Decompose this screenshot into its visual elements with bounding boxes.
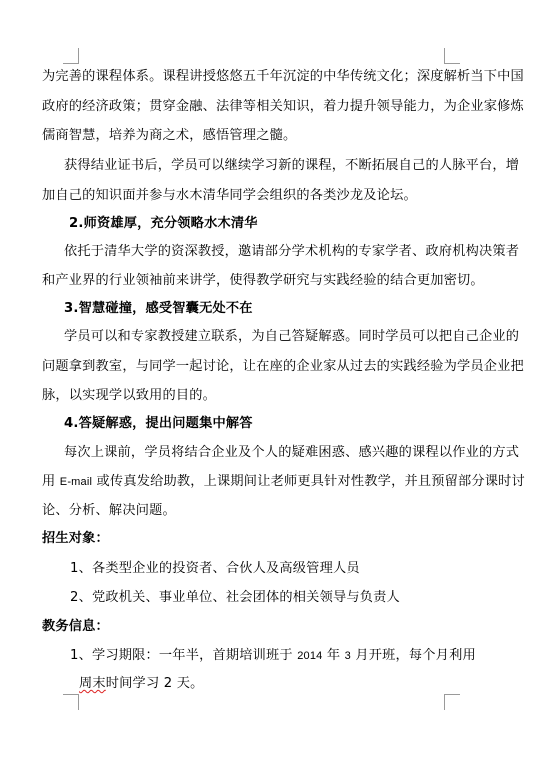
- list-item-continuation: 周末时间学习 2 天。: [79, 674, 203, 694]
- crop-mark-bottom-right: [444, 694, 460, 710]
- paragraph-line: 脉，以实现学以致用的目的。: [42, 386, 216, 406]
- text-run: 1、学习期限：一年半，首期培训班于: [70, 648, 297, 663]
- paragraph-line: 学员可以和专家教授建立联系，为自己答疑解惑。同时学员可以把自己企业的: [64, 327, 519, 347]
- list-item: 1、学习期限：一年半，首期培训班于 2014 年 3 月开班，每个月利用: [70, 646, 476, 666]
- paragraph-line: 加自己的知识面并参与水木清华同学会组织的各类沙龙及论坛。: [42, 186, 417, 206]
- list-item: 1、各类型企业的投资者、合伙人及高级管理人员: [70, 559, 360, 579]
- text-run: 月开班，每个月利用: [351, 648, 476, 663]
- text-run: 用: [42, 474, 60, 489]
- spellcheck-flagged-word[interactable]: 周末: [79, 676, 106, 691]
- section-title-academic: 教务信息：: [42, 617, 109, 637]
- section-heading: 2.师资雄厚，充分领略水木清华: [69, 214, 258, 234]
- email-term: E-mail: [60, 476, 92, 488]
- text-run: 年: [322, 648, 344, 663]
- paragraph-line: 儒商智慧，培养为商之术，感悟管理之髓。: [42, 126, 296, 146]
- section-heading: 3.智慧碰撞，感受智囊无处不在: [64, 299, 253, 319]
- paragraph-line: 为完善的课程体系。课程讲授悠悠五千年沉淀的中华传统文化；深度解析当下中国: [42, 67, 524, 87]
- crop-mark-top-left: [63, 48, 79, 64]
- paragraph-line: 论、分析、解决问题。: [42, 501, 176, 521]
- list-item: 2、党政机关、事业单位、社会团体的相关领导与负责人: [70, 588, 400, 608]
- paragraph-line: 问题拿到教室，与同学一起讨论，让在座的企业家从过去的实践经验为学员企业把: [42, 357, 524, 377]
- section-title-enrollment: 招生对象：: [42, 529, 109, 549]
- crop-mark-top-right: [444, 48, 460, 64]
- section-heading: 4.答疑解惑，提出问题集中解答: [64, 414, 253, 434]
- crop-mark-bottom-left: [63, 694, 79, 710]
- paragraph-line: 每次上课前，学员将结合企业及个人的疑难困惑、感兴趣的课程以作业的方式: [64, 443, 519, 463]
- text-run: 或传真发给助教，上课期间让老师更具针对性教学，并且预留部分课时讨: [92, 474, 525, 489]
- paragraph-line: 依托于清华大学的资深教授，邀请部分学术机构的专家学者、政府机构决策者: [64, 242, 519, 262]
- paragraph-line: 政府的经济政策；贯穿金融、法律等相关知识，着力提升领导能力，为企业家修炼: [42, 97, 524, 117]
- text-run: 时间学习 2 天。: [106, 676, 204, 691]
- year-value: 2014: [297, 650, 322, 662]
- paragraph-line: 用 E-mail 或传真发给助教，上课期间让老师更具针对性教学，并且预留部分课时…: [42, 472, 525, 492]
- paragraph-line: 获得结业证书后，学员可以继续学习新的课程，不断拓展自己的人脉平台，增: [64, 156, 519, 176]
- paragraph-line: 和产业界的行业领袖前来讲学，使得教学研究与实践经验的结合更加密切。: [42, 271, 484, 291]
